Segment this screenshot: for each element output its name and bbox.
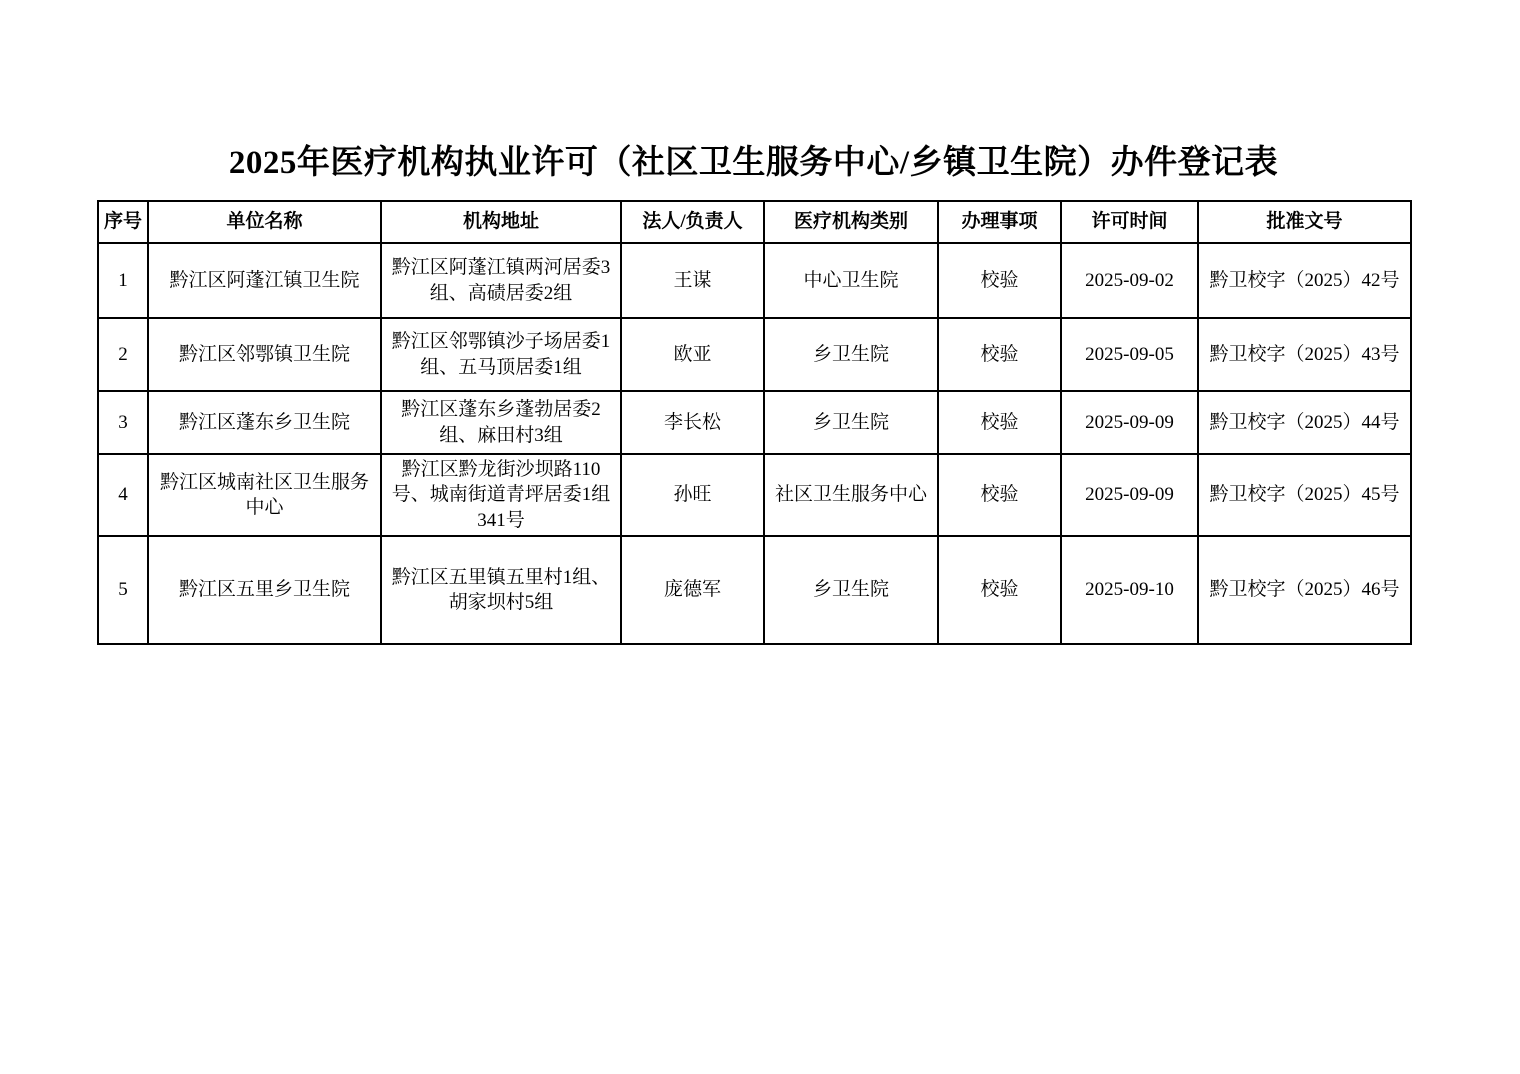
- table-header-row: 序号 单位名称 机构地址 法人/负责人 医疗机构类别 办理事项 许可时间 批准文…: [98, 201, 1411, 243]
- cell-institution-category: 社区卫生服务中心: [764, 454, 938, 536]
- cell-serial: 3: [98, 391, 148, 454]
- col-header-unit-name: 单位名称: [148, 201, 381, 243]
- document-title: 2025年医疗机构执业许可（社区卫生服务中心/乡镇卫生院）办件登记表: [97, 136, 1410, 183]
- col-header-legal-person: 法人/负责人: [621, 201, 764, 243]
- cell-serial: 5: [98, 536, 148, 644]
- cell-matter: 校验: [938, 318, 1061, 391]
- document-page: 2025年医疗机构执业许可（社区卫生服务中心/乡镇卫生院）办件登记表 序号 单位…: [0, 0, 1520, 1074]
- cell-license-date: 2025-09-10: [1061, 536, 1198, 644]
- cell-legal-person: 欧亚: [621, 318, 764, 391]
- cell-serial: 2: [98, 318, 148, 391]
- col-header-license-date: 许可时间: [1061, 201, 1198, 243]
- table-row: 3 黔江区蓬东乡卫生院 黔江区蓬东乡蓬勃居委2组、麻田村3组 李长松 乡卫生院 …: [98, 391, 1411, 454]
- cell-license-date: 2025-09-09: [1061, 391, 1198, 454]
- table-row: 4 黔江区城南社区卫生服务中心 黔江区黔龙街沙坝路110号、城南街道青坪居委1组…: [98, 454, 1411, 536]
- cell-legal-person: 孙旺: [621, 454, 764, 536]
- cell-approval-number: 黔卫校字（2025）46号: [1198, 536, 1411, 644]
- cell-institution-category: 乡卫生院: [764, 391, 938, 454]
- cell-unit-name: 黔江区邻鄂镇卫生院: [148, 318, 381, 391]
- col-header-matter: 办理事项: [938, 201, 1061, 243]
- cell-address: 黔江区蓬东乡蓬勃居委2组、麻田村3组: [381, 391, 621, 454]
- cell-address: 黔江区阿蓬江镇两河居委3组、高碛居委2组: [381, 243, 621, 318]
- table-row: 1 黔江区阿蓬江镇卫生院 黔江区阿蓬江镇两河居委3组、高碛居委2组 王谋 中心卫…: [98, 243, 1411, 318]
- cell-institution-category: 乡卫生院: [764, 536, 938, 644]
- cell-matter: 校验: [938, 243, 1061, 318]
- cell-unit-name: 黔江区蓬东乡卫生院: [148, 391, 381, 454]
- cell-license-date: 2025-09-05: [1061, 318, 1198, 391]
- cell-license-date: 2025-09-02: [1061, 243, 1198, 318]
- cell-approval-number: 黔卫校字（2025）44号: [1198, 391, 1411, 454]
- cell-unit-name: 黔江区五里乡卫生院: [148, 536, 381, 644]
- cell-license-date: 2025-09-09: [1061, 454, 1198, 536]
- cell-address: 黔江区黔龙街沙坝路110号、城南街道青坪居委1组341号: [381, 454, 621, 536]
- table-row: 2 黔江区邻鄂镇卫生院 黔江区邻鄂镇沙子场居委1组、五马顶居委1组 欧亚 乡卫生…: [98, 318, 1411, 391]
- cell-institution-category: 中心卫生院: [764, 243, 938, 318]
- col-header-institution-category: 医疗机构类别: [764, 201, 938, 243]
- cell-serial: 1: [98, 243, 148, 318]
- cell-address: 黔江区邻鄂镇沙子场居委1组、五马顶居委1组: [381, 318, 621, 391]
- table-row: 5 黔江区五里乡卫生院 黔江区五里镇五里村1组、胡家坝村5组 庞德军 乡卫生院 …: [98, 536, 1411, 644]
- cell-address: 黔江区五里镇五里村1组、胡家坝村5组: [381, 536, 621, 644]
- cell-legal-person: 李长松: [621, 391, 764, 454]
- cell-legal-person: 庞德军: [621, 536, 764, 644]
- cell-legal-person: 王谋: [621, 243, 764, 318]
- cell-matter: 校验: [938, 391, 1061, 454]
- cell-matter: 校验: [938, 536, 1061, 644]
- col-header-address: 机构地址: [381, 201, 621, 243]
- cell-unit-name: 黔江区阿蓬江镇卫生院: [148, 243, 381, 318]
- col-header-serial: 序号: [98, 201, 148, 243]
- cell-approval-number: 黔卫校字（2025）42号: [1198, 243, 1411, 318]
- cell-serial: 4: [98, 454, 148, 536]
- cell-institution-category: 乡卫生院: [764, 318, 938, 391]
- cell-approval-number: 黔卫校字（2025）45号: [1198, 454, 1411, 536]
- cell-approval-number: 黔卫校字（2025）43号: [1198, 318, 1411, 391]
- cell-unit-name: 黔江区城南社区卫生服务中心: [148, 454, 381, 536]
- col-header-approval-number: 批准文号: [1198, 201, 1411, 243]
- cell-matter: 校验: [938, 454, 1061, 536]
- registration-table: 序号 单位名称 机构地址 法人/负责人 医疗机构类别 办理事项 许可时间 批准文…: [97, 200, 1412, 645]
